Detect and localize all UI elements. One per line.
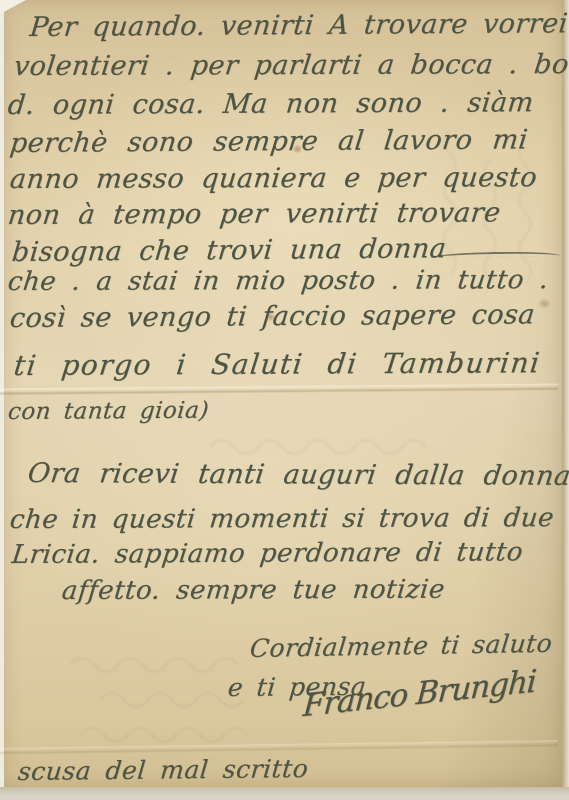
handwritten-line: Per quando. venirti A trovare vorrei <box>28 8 569 43</box>
handwritten-line: con tanta gioia) <box>7 398 210 425</box>
handwritten-line: non à tempo per venirti trovare <box>6 197 502 231</box>
paper-edge-right <box>562 0 569 787</box>
handwritten-line: Ora ricevi tanti auguri dalla donna <box>26 458 569 492</box>
ink-stain <box>540 300 549 307</box>
handwritten-line: che . a stai in mio posto . in tutto . <box>6 265 550 297</box>
postscript-line: scusa del mal scritto <box>17 754 310 786</box>
handwritten-line: perchè sono sempre al lavoro mi <box>8 124 529 159</box>
handwritten-line: ti porgo i Saluti di Tamburini <box>12 346 542 382</box>
handwritten-line: anno messo quaniera e per questo <box>8 162 538 195</box>
handwritten-line: Lricia. sappiamo perdonare di tutto <box>10 537 525 570</box>
handwritten-line: bisogna che trovi una donna <box>11 233 448 268</box>
paper-edge-bottom <box>0 787 569 800</box>
handwritten-line: affetto. sempre tue notizie <box>60 575 446 606</box>
letter-scan: Per quando. venirti A trovare vorrei vol… <box>0 0 569 800</box>
handwritten-line: che in questi momenti si trova di due <box>8 503 555 535</box>
handwritten-line: volentieri . per parlarti a bocca . bocu <box>12 49 569 82</box>
handwritten-line: d. ogni cosa. Ma non sono . siàm <box>6 87 535 121</box>
handwritten-line: così se vengo ti faccio sapere cosa <box>8 299 536 334</box>
closing-line: Cordialmente ti saluto <box>248 629 553 663</box>
